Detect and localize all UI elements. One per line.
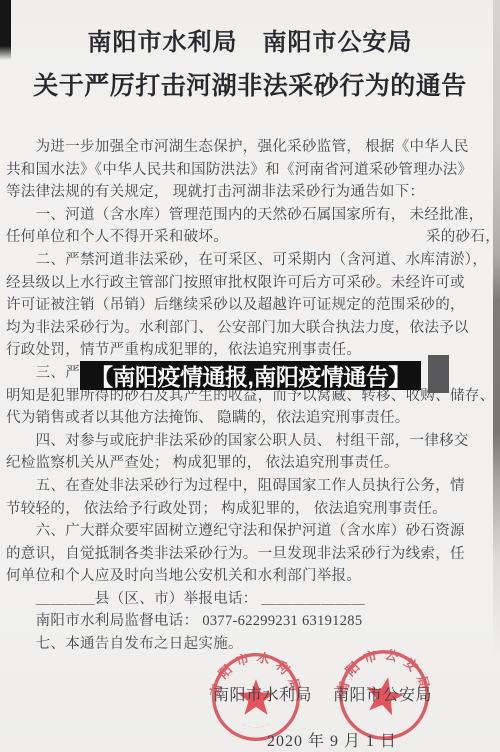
body-line: 六、广大群众要牢固树立遵纪守法和保护河道（含水库）砂石资源: [6, 520, 498, 543]
issuer-title: 南阳市水利局 南阳市公安局: [0, 22, 500, 57]
scan-artifact-right-strip: [493, 0, 500, 752]
body-line-fragment: 采的砂石，: [426, 226, 500, 249]
body-line: 一、河道（含水库）管理范围内的天然砂石属国家所有， 未经批准，: [6, 204, 498, 227]
notice-document: 南阳市水利局 南阳市公安局 关于严厉打击河湖非法采砂行为的通告 为进一步加强全市…: [0, 0, 500, 752]
body-line: 等法律法规的有关规定， 现就打击河湖非法采砂行为通告如下：: [6, 181, 498, 204]
watermark-shadow-chip: [428, 355, 449, 393]
watermark-overlay: 【南阳疫情通报,南阳疫情通告】: [80, 361, 421, 390]
body-line: 共和国水法》《中华人民共和国防洪法》和《河南省河道采砂管理办法》: [6, 159, 498, 182]
body-line: 南阳市水利局监督电话： 0377-62299231 63191285: [6, 610, 498, 633]
notice-title: 关于严厉打击河湖非法采砂行为的通告: [0, 66, 500, 102]
body-line: 节较轻的， 依法给予行政处罚； 构成犯罪的， 依法追究刑事责任。: [6, 498, 498, 521]
body-line: 何单位和个人应及时向当地公安机关和水利部门举报。: [6, 565, 498, 588]
watermark-text: 【南阳疫情通报,南阳疫情通告】: [90, 359, 411, 392]
body-line: 许可证被注销（吊销）后继续采砂以及超越许可证规定的范围采砂的，: [6, 294, 498, 317]
body-line: 代为销售或者以其他方法掩饰、 隐瞒的，依法追究刑事责任。: [6, 407, 498, 430]
body-line: 四、对参与或庇护非法采砂的国家公职人员、 村组干部，一律移交: [6, 430, 498, 453]
body-line: ＿＿＿＿县（区、市）举报电话： ＿＿＿＿＿＿＿: [6, 588, 498, 611]
body-line: 经县级以上水行政主管部门按照审批权限许可后方可采砂。未经许可或: [6, 272, 498, 295]
body-line: 为进一步加强全市河湖生态保护，强化采砂监管， 根据《中华人民: [6, 136, 498, 159]
notice-body: 为进一步加强全市河湖生态保护，强化采砂监管， 根据《中华人民共和国水法》《中华人…: [6, 136, 498, 656]
scan-artifact-left-strip: [0, 0, 11, 60]
body-line: 的意识，自觉抵制各类非法采砂行为。一旦发现非法采砂行为线索，任: [6, 543, 498, 566]
body-line: 五、在查处非法采砂行为过程中，阻碍国家工作人员执行公务，情: [6, 475, 498, 498]
body-line: 任何单位和个人不得开采和破坏。: [6, 226, 498, 249]
body-line: 二、严禁河道非法采砂，在可采区、可采期内（含河道、水库清淤），: [6, 249, 498, 272]
body-line: 均为非法采砂行为。水利部门、 公安部门加大联合执法力度，依法予以: [6, 317, 498, 340]
date-line: 2020 年 9 月 1 日: [267, 728, 397, 751]
signature-line: 南阳市水利局 南阳市公安局: [213, 682, 432, 705]
body-line: 纪检监察机关从严查处； 构成犯罪的， 依法追究刑事责任。: [6, 452, 498, 475]
